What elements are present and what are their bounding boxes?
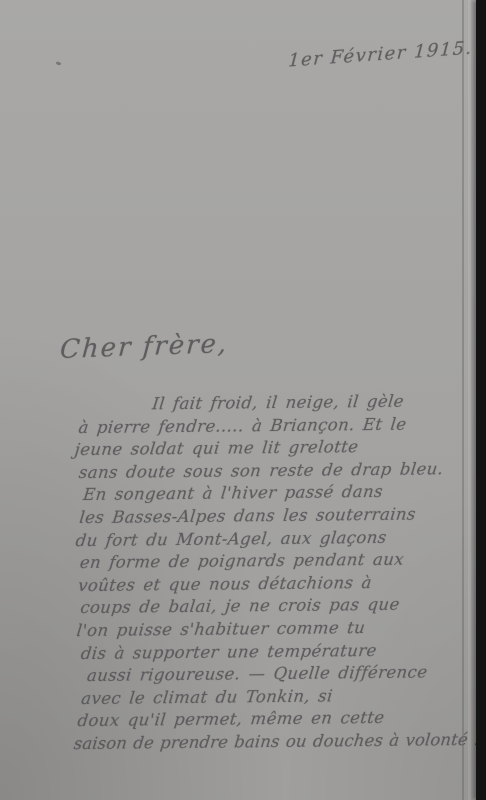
paper-edge-line [462, 0, 464, 800]
letter-salutation: Cher frère, [59, 329, 229, 365]
letter-scan-page: 1er Février 1915. Cher frère, Il fait fr… [0, 0, 486, 800]
paper-edge-highlight [468, 0, 471, 800]
letter-date: 1er Février 1915. [287, 37, 473, 71]
scan-background-edge [476, 0, 486, 800]
letter-body: Il fait froid, il neige, il gèle à pierr… [74, 390, 474, 756]
letter-line: saison de prendre bains ou douches à vol… [73, 729, 476, 756]
paper-speck [56, 61, 62, 66]
